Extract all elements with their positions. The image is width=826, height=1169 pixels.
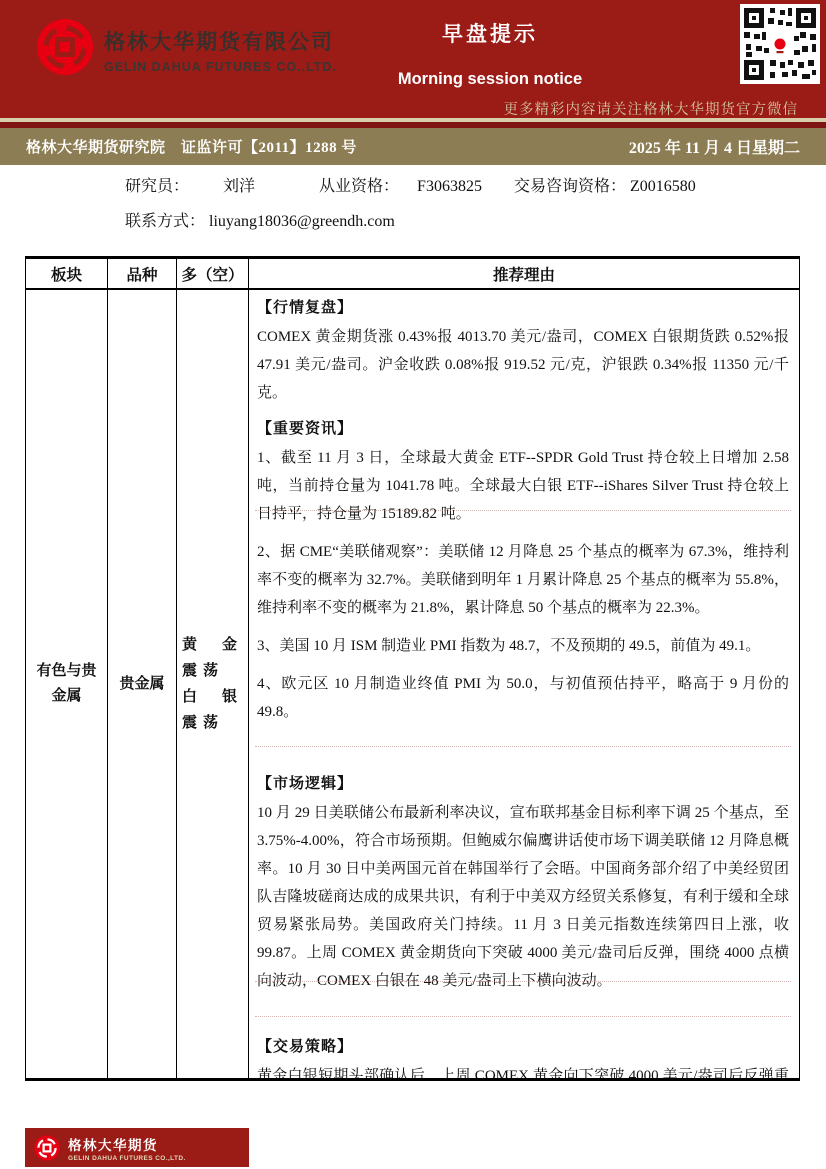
report-title-block: 早盘提示 Morning session notice — [390, 18, 590, 89]
section-paragraph: 3、美国 10 月 ISM 制造业 PMI 指数为 48.7，不及预期的 49.… — [257, 632, 789, 660]
wechat-qr-code — [740, 4, 820, 84]
col-header-position: 多（空） — [177, 259, 249, 288]
position-item: 黄金震荡 — [182, 632, 243, 685]
reason-cell: 【行情复盘】COMEX 黄金期货涨 0.43%报 4013.70 美元/盎司，C… — [249, 290, 800, 1078]
position-list: 黄金震荡白银震荡 — [182, 632, 243, 737]
table-body-row: 有色与贵金属 贵金属 黄金震荡白银震荡 【行情复盘】COMEX 黄金期货涨 0.… — [26, 290, 800, 1078]
recommendation-table: 板块 品种 多（空） 推荐理由 有色与贵金属 贵金属 黄金震荡白银震荡 【行情复… — [25, 256, 800, 1081]
table-header-row: 板块 品种 多（空） 推荐理由 — [26, 259, 800, 290]
section-paragraph: COMEX 黄金期货涨 0.43%报 4013.70 美元/盎司，COMEX 白… — [257, 323, 789, 407]
sector-cell: 有色与贵金属 — [26, 290, 108, 1078]
page-header: 格林大华期货有限公司 GELIN DAHUA FUTURES CO.,LTD. … — [0, 0, 826, 118]
col-header-sector: 板块 — [26, 259, 108, 288]
researcher-label: 研究员： — [125, 176, 189, 198]
section-paragraph: 4、欧元区 10 月制造业终值 PMI 为 50.0，与初值预估持平，略高于 9… — [257, 670, 789, 726]
footer-company-en: GELIN DAHUA FUTURES CO.,LTD. — [68, 1155, 186, 1162]
variety-cell: 贵金属 — [108, 290, 177, 1078]
report-title-cn: 早盘提示 — [390, 18, 590, 48]
section-paragraph: 1、截至 11 月 3 日，全球最大黄金 ETF--SPDR Gold Trus… — [257, 444, 789, 528]
reason-section: 【交易策略】黄金白银短期头部确认后，上周 COMEX 黄金向下突破 4000 美… — [257, 1035, 789, 1078]
advisory-number: Z0016580 — [630, 176, 696, 198]
section-heading: 【市场逻辑】 — [257, 772, 789, 793]
reason-section: 【行情复盘】COMEX 黄金期货涨 0.43%报 4013.70 美元/盎司，C… — [257, 296, 789, 407]
footer-brand-bar: 格林大华期货 GELIN DAHUA FUTURES CO.,LTD. — [25, 1128, 249, 1167]
report-title-en: Morning session notice — [390, 70, 590, 89]
researcher-line-1: 研究员： 刘洋 从业资格： F3063825 交易咨询资格： Z0016580 — [125, 176, 696, 198]
researcher-line-2: 联系方式： liuyang18036@greendh.com — [125, 211, 696, 233]
section-paragraph: 10 月 29 日美联储公布最新利率决议，宣布联邦基金目标利率下调 25 个基点… — [257, 799, 789, 995]
qualification-label: 从业资格： — [319, 176, 399, 198]
reason-sections: 【行情复盘】COMEX 黄金期货涨 0.43%报 4013.70 美元/盎司，C… — [257, 296, 789, 1078]
company-logo-icon — [34, 16, 96, 78]
footer-logo-icon — [33, 1134, 61, 1162]
reason-section: 【市场逻辑】10 月 29 日美联储公布最新利率决议，宣布联邦基金目标利率下调 … — [257, 772, 789, 995]
license-date-bar: 格林大华期货研究院 证监许可【2011】1288 号 2025 年 11 月 4… — [0, 128, 826, 165]
contact-label: 联系方式： — [125, 211, 205, 233]
section-heading: 【重要资讯】 — [257, 417, 789, 438]
col-header-reason: 推荐理由 — [249, 259, 800, 288]
report-date: 2025 年 11 月 4 日星期二 — [629, 135, 800, 158]
document-page: 格林大华期货有限公司 GELIN DAHUA FUTURES CO.,LTD. … — [0, 0, 826, 1169]
footer-company-block: 格林大华期货 GELIN DAHUA FUTURES CO.,LTD. — [68, 1134, 186, 1162]
section-heading: 【交易策略】 — [257, 1035, 789, 1056]
contact-email-link[interactable]: liuyang18036@greendh.com — [209, 213, 395, 230]
qualification-number: F3063825 — [417, 176, 482, 198]
wechat-follow-note: 更多精彩内容请关注格林大华期货官方微信 — [504, 98, 799, 119]
researcher-info: 研究员： 刘洋 从业资格： F3063825 交易咨询资格： Z0016580 … — [125, 176, 696, 246]
company-name-en: GELIN DAHUA FUTURES CO.,LTD. — [104, 60, 337, 74]
company-name-block: 格林大华期货有限公司 GELIN DAHUA FUTURES CO.,LTD. — [104, 26, 337, 74]
advisory-label: 交易咨询资格： — [514, 176, 626, 198]
institute-license-text: 格林大华期货研究院 证监许可【2011】1288 号 — [26, 136, 357, 157]
company-name-cn: 格林大华期货有限公司 — [104, 26, 337, 56]
position-item: 白银震荡 — [182, 684, 243, 737]
reason-section: 【重要资讯】1、截至 11 月 3 日，全球最大黄金 ETF--SPDR Gol… — [257, 417, 789, 726]
section-paragraph: 2、据 CME“美联储观察”：美联储 12 月降息 25 个基点的概率为 67.… — [257, 538, 789, 622]
position-cell: 黄金震荡白银震荡 — [177, 290, 249, 1078]
section-heading: 【行情复盘】 — [257, 296, 789, 317]
section-paragraph: 黄金白银短期头部确认后，上周 COMEX 黄金向下突破 4000 美元/盎司后反… — [257, 1062, 789, 1078]
researcher-name: 刘洋 — [223, 176, 255, 198]
col-header-variety: 品种 — [108, 259, 177, 288]
footer-company-cn: 格林大华期货 — [68, 1134, 186, 1154]
